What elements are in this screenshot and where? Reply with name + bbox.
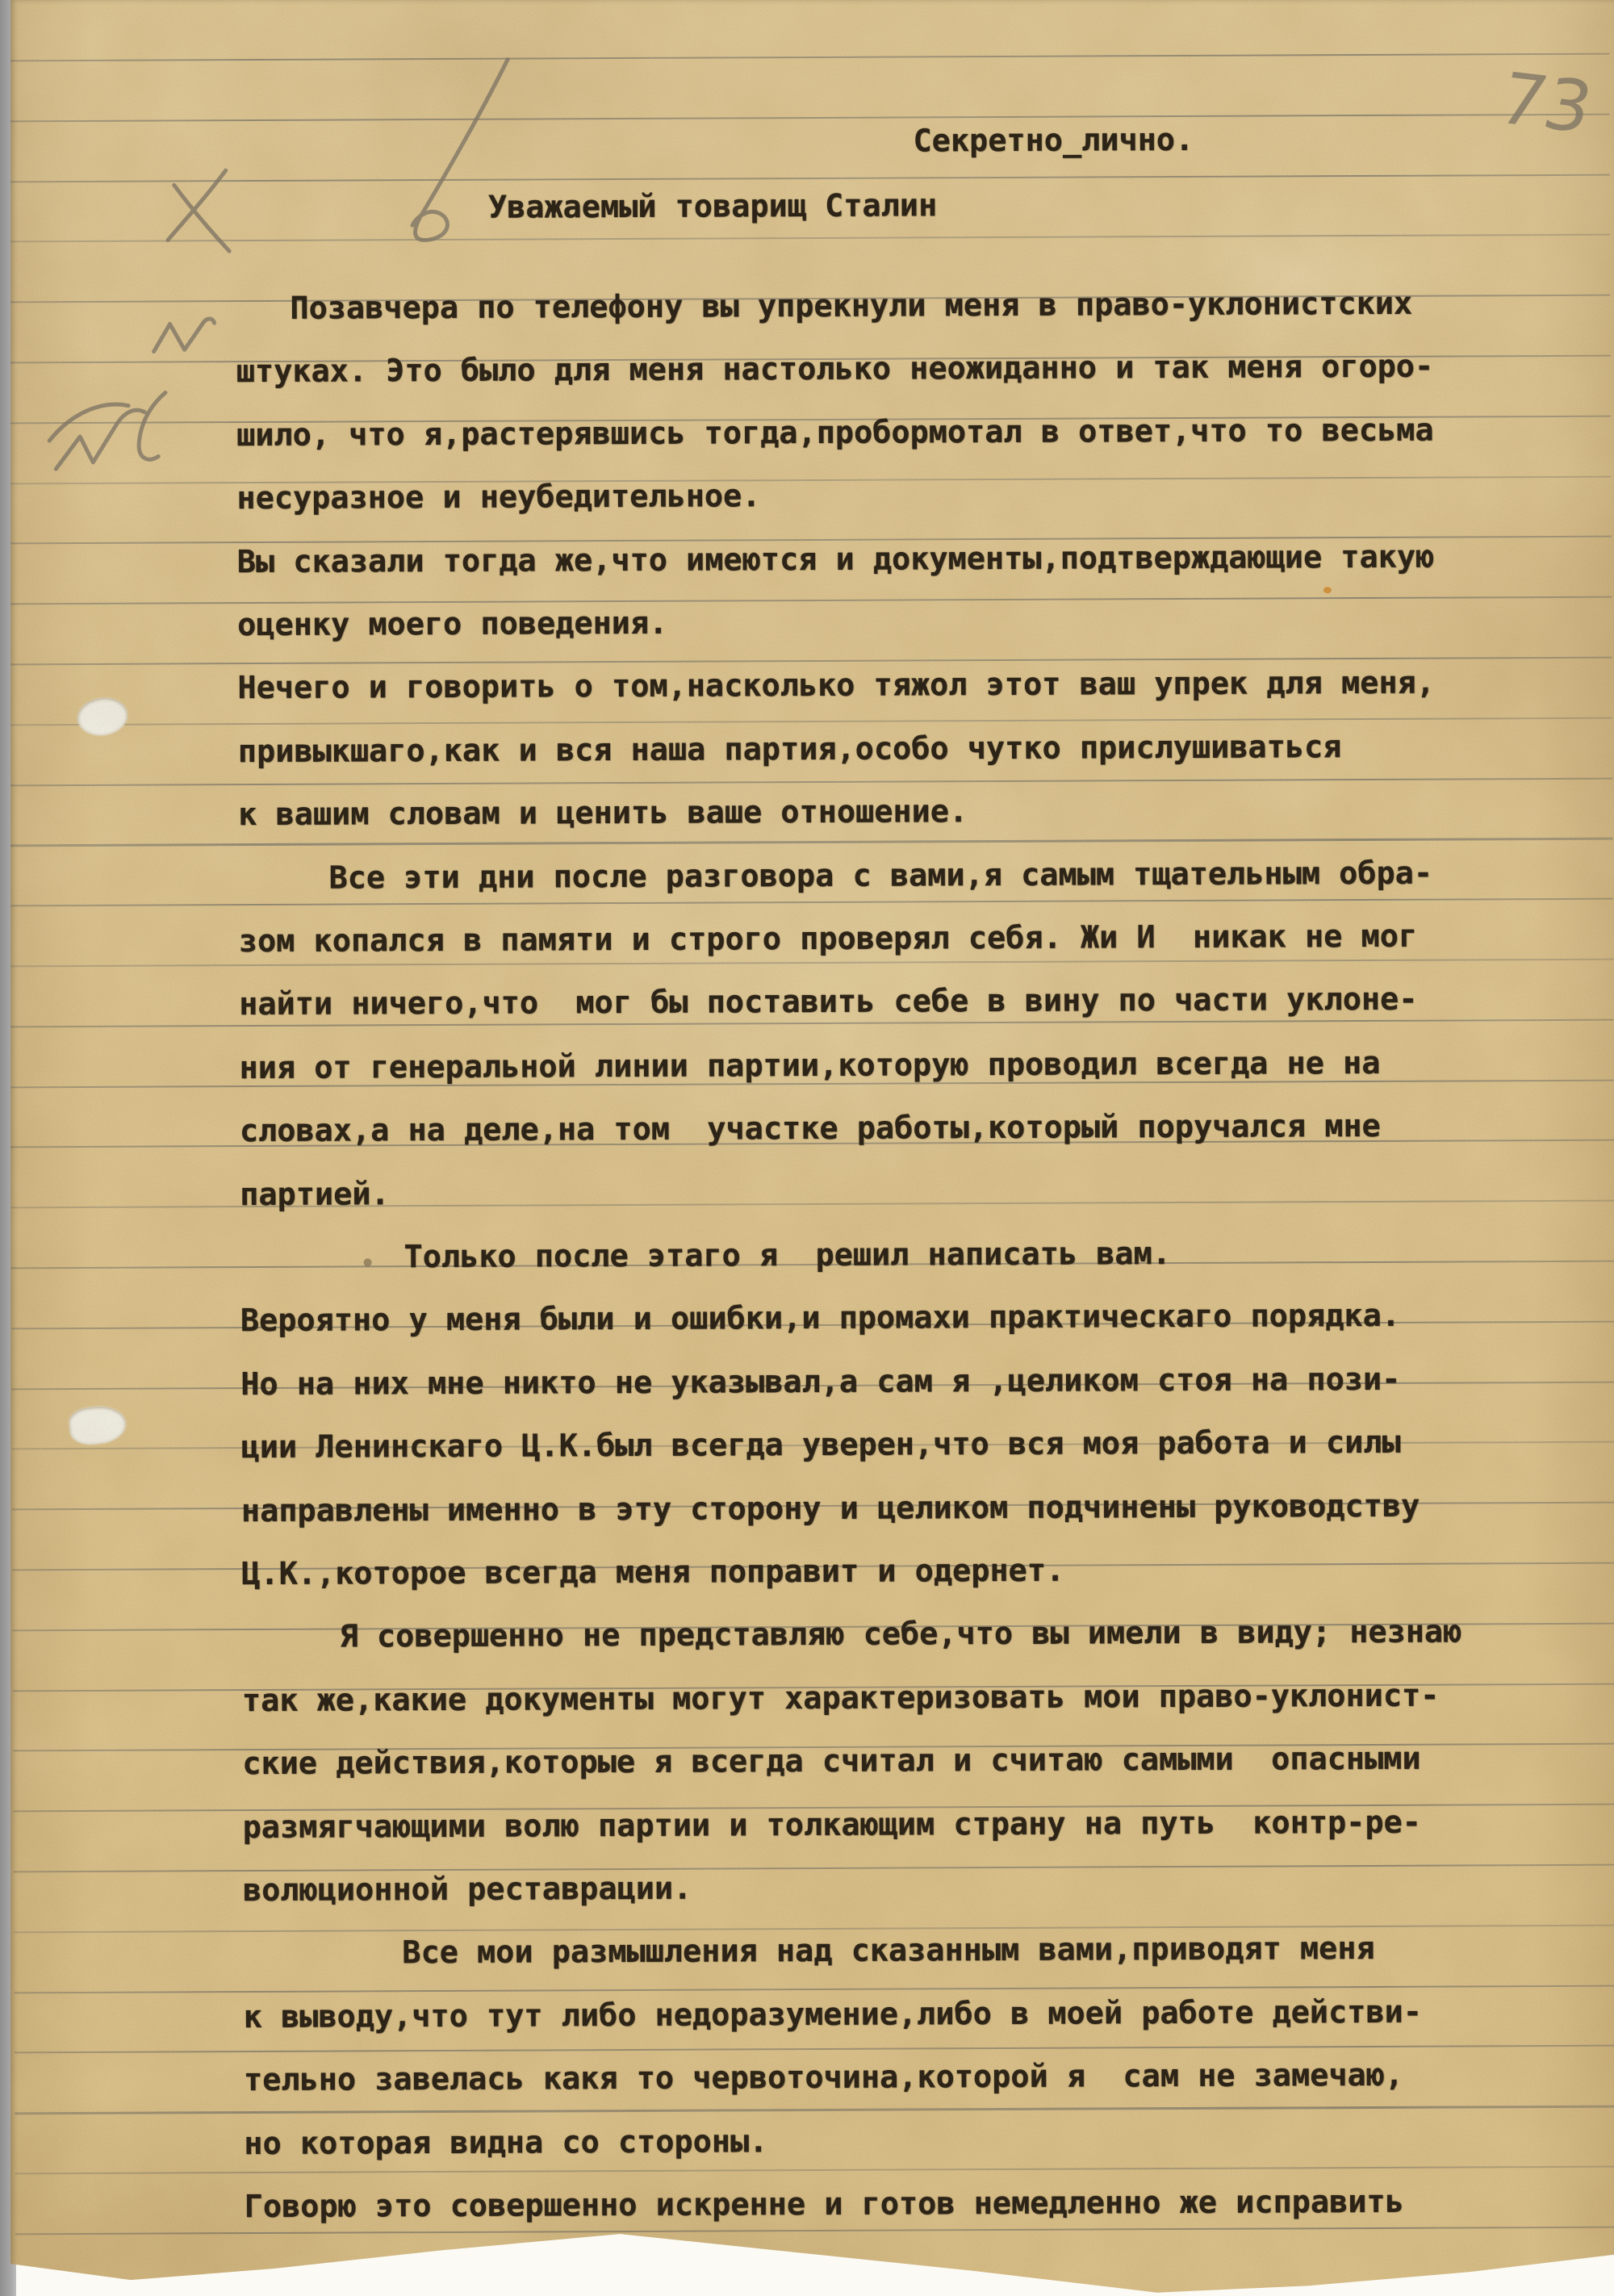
typed-line: партией. bbox=[240, 1179, 390, 1211]
ruled-line bbox=[6, 174, 1610, 182]
typed-line: ния от генеральной линии партии,которую … bbox=[239, 1048, 1380, 1085]
ruled-line bbox=[15, 2226, 1614, 2235]
ruled-line bbox=[9, 717, 1612, 726]
typed-line: словах,а на деле,на том участке работы,к… bbox=[240, 1111, 1381, 1148]
typed-line: Говорю это совершенно искренне и готов н… bbox=[245, 2187, 1404, 2223]
pencil-margin-squiggle bbox=[56, 410, 144, 469]
typed-line: ские действия,которые я всегда считал и … bbox=[242, 1744, 1420, 1780]
ruled-line bbox=[15, 1984, 1614, 1993]
ruled-line bbox=[6, 53, 1609, 62]
classification-stamp: Секретно_лично. bbox=[913, 125, 1194, 157]
ruled-line bbox=[15, 2045, 1614, 2054]
letter-body: Позавчера по телефону вы упрекнули меня … bbox=[6, 0, 1609, 3]
ruled-line bbox=[10, 898, 1613, 907]
typed-line: штуках. Это было для меня настолько неож… bbox=[236, 352, 1434, 388]
typed-line: оценку моего поведения. bbox=[237, 609, 667, 642]
scanned-letter-page: Секретно_лично. Уважаемый товарищ Сталин… bbox=[0, 0, 1614, 2296]
page-number-annotation: 73 bbox=[1491, 57, 1600, 149]
ruled-line bbox=[15, 2166, 1614, 2175]
typed-line: привыкшаго,как и вся наша партия,особо ч… bbox=[238, 732, 1342, 767]
ruled-line bbox=[6, 113, 1609, 122]
ruled-line bbox=[9, 838, 1612, 847]
typed-line: Только после этаго я решил написать вам. bbox=[404, 1239, 1172, 1273]
typed-line: тельно завелась какя то червоточина,кото… bbox=[244, 2060, 1403, 2097]
paper-sheet: Секретно_лично. Уважаемый товарищ Сталин… bbox=[10, 0, 1614, 2296]
typed-line: Позавчера по телефону вы упрекнули меня … bbox=[290, 289, 1412, 325]
ruled-line bbox=[15, 2106, 1614, 2114]
typed-line: Вероятно у меня были и ошибки,и промахи … bbox=[240, 1301, 1400, 1337]
page-content: Секретно_лично. Уважаемый товарищ Сталин… bbox=[6, 0, 1614, 2296]
salutation: Уважаемый товарищ Сталин bbox=[488, 190, 937, 224]
typed-line: размягчающими волю партии и толкающим ст… bbox=[243, 1807, 1421, 1843]
ruled-line bbox=[8, 596, 1612, 605]
typed-line: Ц.К.,которое всегда меня поправит и одер… bbox=[241, 1556, 1064, 1591]
typed-line: так же,какие документы могут характеризо… bbox=[242, 1680, 1440, 1717]
typed-line: Я совершенно не представляю себе,что вы … bbox=[340, 1617, 1462, 1654]
typed-line: Все эти дни после разговора с вами,я сам… bbox=[328, 858, 1432, 893]
typed-line: ции Ленинскаго Ц.К.был всегда уверен,что… bbox=[241, 1428, 1401, 1464]
typed-line: найти ничего,что мог бы поставить себе в… bbox=[239, 985, 1417, 1021]
typed-line: Но на них мне никто не указывал,а сам я … bbox=[240, 1365, 1400, 1401]
ruled-line bbox=[14, 1864, 1614, 1873]
typed-line: к выводу,что тут либо недоразумение,либо… bbox=[244, 1997, 1422, 2034]
pencil-m-squiggle bbox=[154, 319, 215, 352]
typed-line: к вашим словам и ценить ваше отношение. bbox=[238, 797, 968, 830]
typed-line: Вы сказали тогда же,что имеются и докуме… bbox=[237, 542, 1435, 578]
ruled-lines bbox=[6, 0, 1609, 3]
typed-line: волюционной реставрации. bbox=[243, 1874, 692, 1907]
ruled-line bbox=[6, 234, 1610, 243]
typed-line: несуразное и неубедительное. bbox=[236, 481, 760, 514]
ruled-line bbox=[8, 657, 1612, 666]
typed-line: Все мои размышления над сказанным вами,п… bbox=[402, 1934, 1374, 1969]
typed-line: шило, что я,растерявшись тогда,пробормот… bbox=[236, 415, 1434, 451]
pencil-c-squiggle bbox=[139, 392, 165, 459]
typed-line: Нечего и говорить о том,насколько тяжол … bbox=[237, 668, 1435, 705]
ruled-line bbox=[10, 959, 1613, 968]
typed-line: зом копался в памяти и строго проверял с… bbox=[239, 922, 1417, 958]
ruled-line bbox=[9, 777, 1612, 786]
paper-fleck bbox=[1323, 587, 1332, 593]
typed-line: но которая видна со стороны. bbox=[244, 2127, 767, 2160]
typed-line: направлены именно в эту сторону и целико… bbox=[241, 1491, 1420, 1527]
